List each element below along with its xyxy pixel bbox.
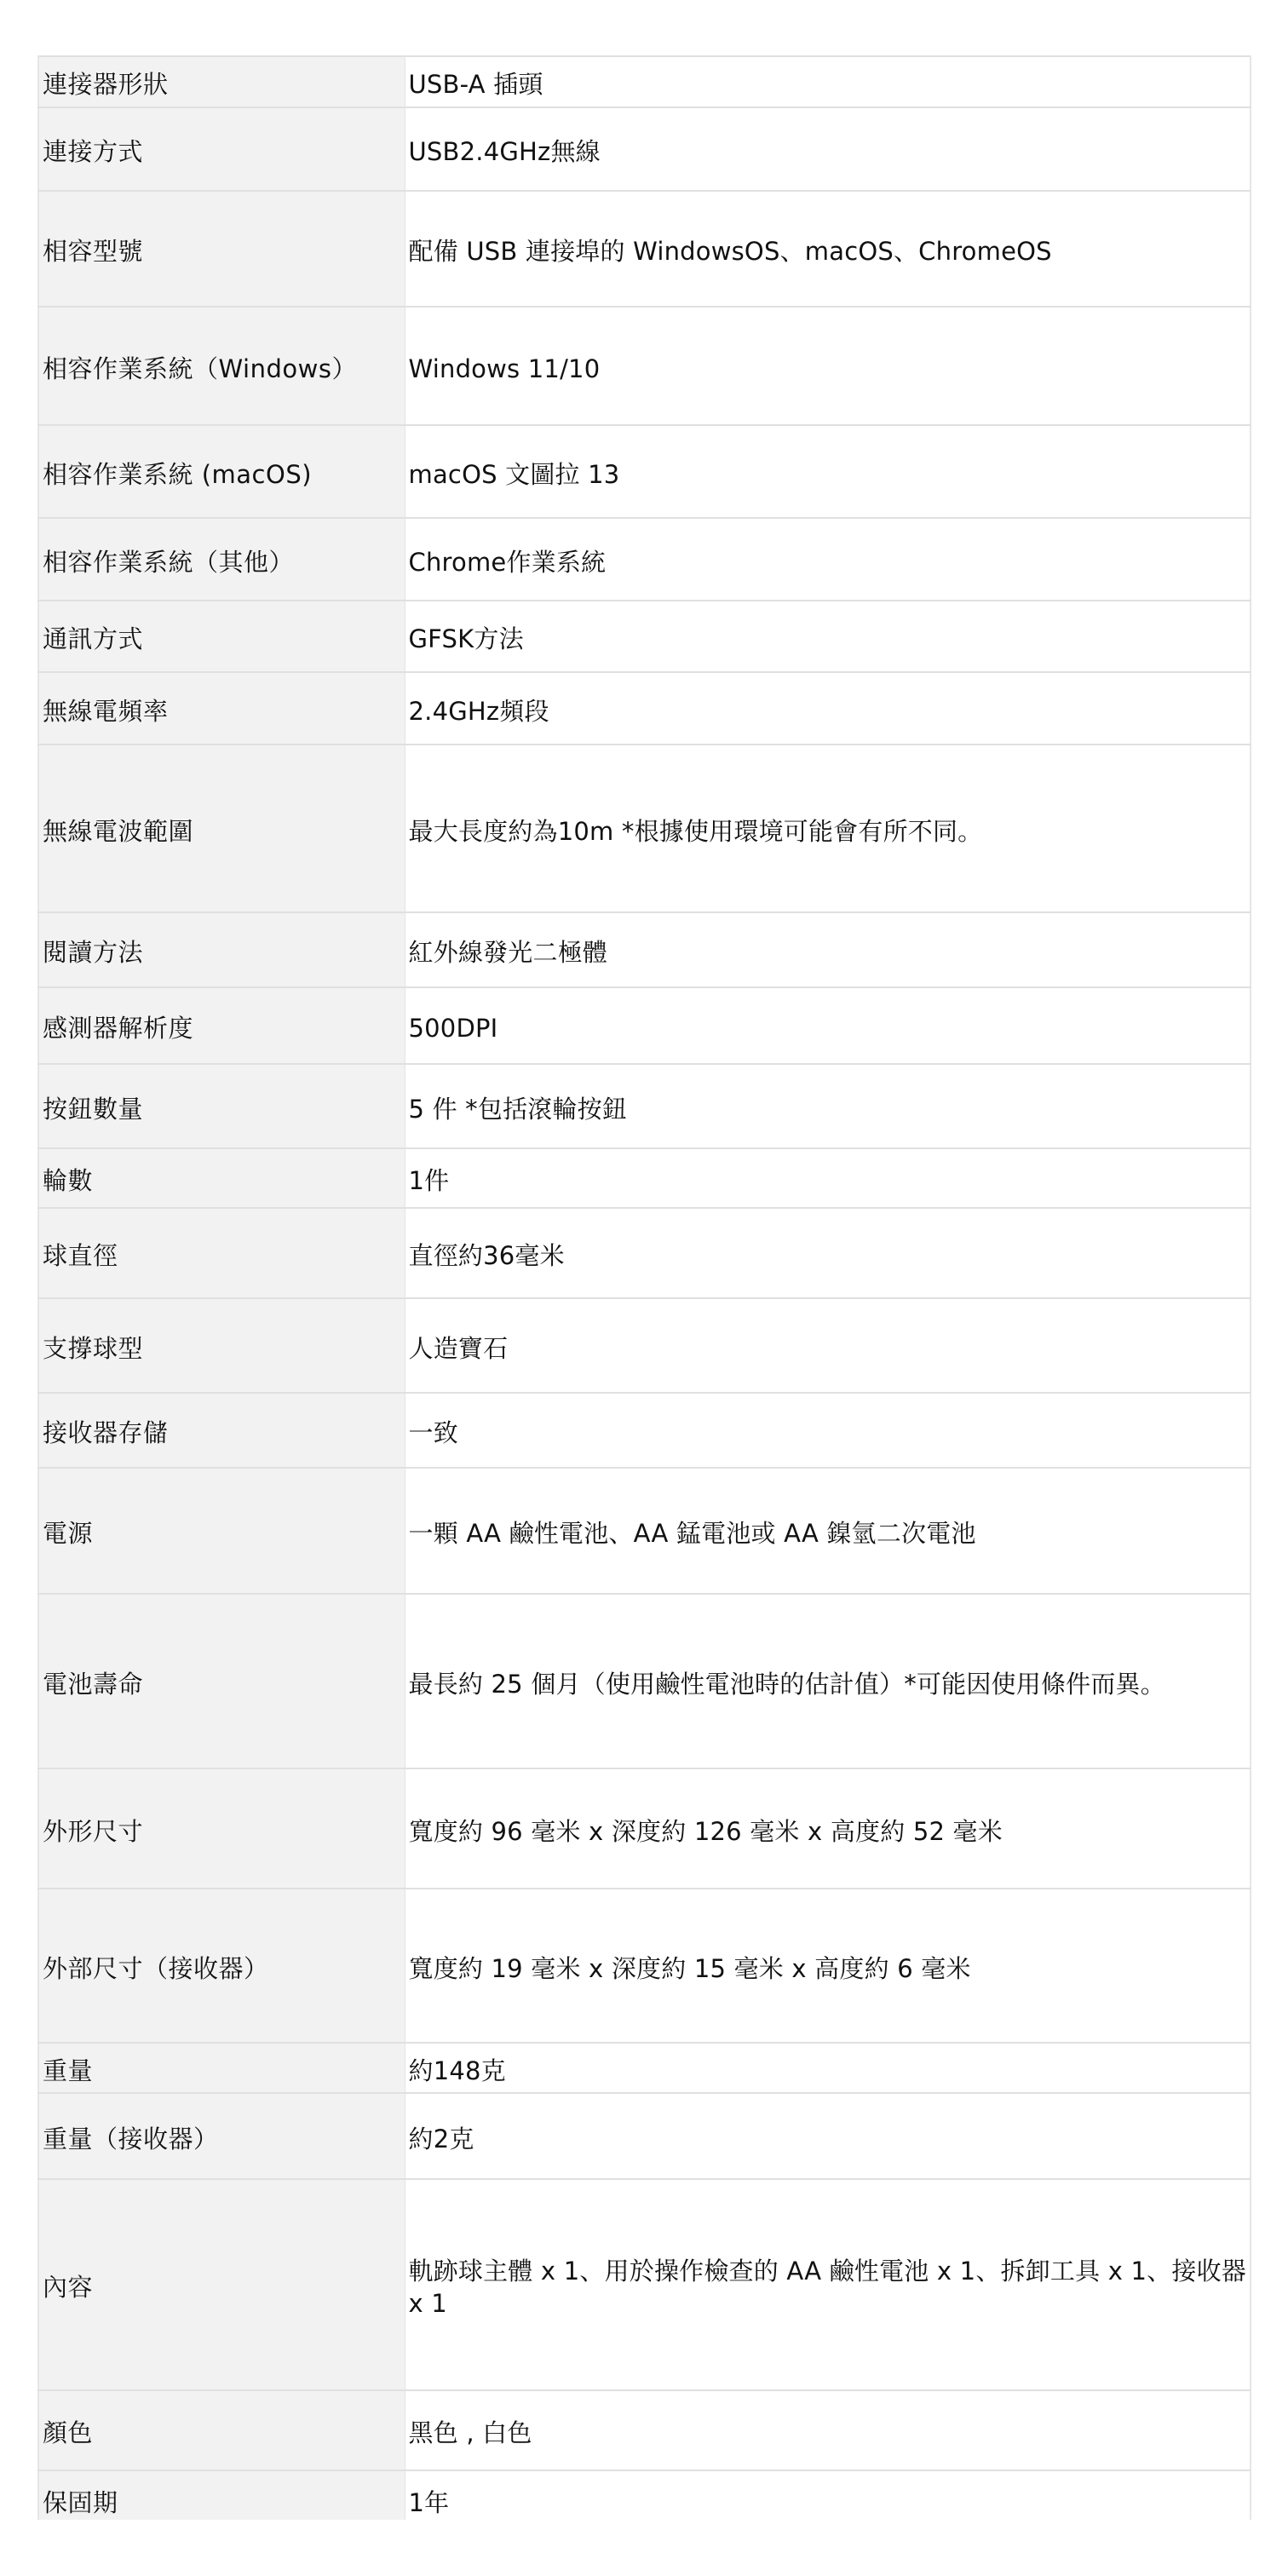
spec-value: USB2.4GHz無線: [405, 107, 1251, 191]
spec-row-23: 內容 軌跡球主體 x 1、用於操作檢查的 AA 鹼性電池 x 1、拆卸工具 x …: [38, 2179, 1251, 2390]
spec-label: 重量（接收器）: [38, 2093, 405, 2179]
spec-label: 外部尺寸（接收器）: [38, 1889, 405, 2043]
spec-row-7: 通訊方式 GFSK方法: [38, 601, 1251, 672]
spec-row-5: 相容作業系統 (macOS) macOS 文圖拉 13: [38, 425, 1251, 518]
spec-value: 最長約 25 個月（使用鹼性電池時的估計值）*可能因使用條件而異。: [405, 1594, 1251, 1768]
spec-label: 電池壽命: [38, 1594, 405, 1768]
spec-value: 1件: [405, 1148, 1251, 1208]
spec-row-10: 閱讀方法 紅外線發光二極體: [38, 912, 1251, 987]
spec-label: 保固期: [38, 2470, 405, 2520]
spec-label: 連接方式: [38, 107, 405, 191]
spec-label: 閱讀方法: [38, 912, 405, 987]
spec-value: 紅外線發光二極體: [405, 912, 1251, 987]
spec-table-container: 連接器形狀 USB-A 插頭 連接方式 USB2.4GHz無線 相容型號 配備 …: [37, 55, 1251, 2520]
spec-label: 通訊方式: [38, 601, 405, 672]
spec-label: 感測器解析度: [38, 987, 405, 1064]
spec-label: 相容型號: [38, 191, 405, 307]
spec-value: 軌跡球主體 x 1、用於操作檢查的 AA 鹼性電池 x 1、拆卸工具 x 1、接…: [405, 2179, 1251, 2390]
spec-value: 最大長度約為10m *根據使用環境可能會有所不同。: [405, 745, 1251, 912]
spec-label: 相容作業系統 (macOS): [38, 425, 405, 518]
spec-value: 黑色 , 白色: [405, 2390, 1251, 2470]
spec-row-14: 球直徑 直徑約36毫米: [38, 1208, 1251, 1298]
spec-row-25: 保固期 1年: [38, 2470, 1251, 2520]
spec-label: 輪數: [38, 1148, 405, 1208]
spec-table: 連接器形狀 USB-A 插頭 連接方式 USB2.4GHz無線 相容型號 配備 …: [37, 55, 1251, 2520]
spec-value: GFSK方法: [405, 601, 1251, 672]
spec-label: 內容: [38, 2179, 405, 2390]
spec-label: 相容作業系統（其他）: [38, 518, 405, 601]
spec-value: 約2克: [405, 2093, 1251, 2179]
spec-row-19: 外形尺寸 寬度約 96 毫米 x 深度約 126 毫米 x 高度約 52 毫米: [38, 1768, 1251, 1889]
spec-table-body: 連接器形狀 USB-A 插頭 連接方式 USB2.4GHz無線 相容型號 配備 …: [38, 56, 1251, 2520]
spec-value: 約148克: [405, 2043, 1251, 2093]
spec-value: Chrome作業系統: [405, 518, 1251, 601]
spec-value: 直徑約36毫米: [405, 1208, 1251, 1298]
spec-value: macOS 文圖拉 13: [405, 425, 1251, 518]
spec-row-15: 支撐球型 人造寶石: [38, 1298, 1251, 1393]
spec-label: 球直徑: [38, 1208, 405, 1298]
spec-value: 配備 USB 連接埠的 WindowsOS、macOS、ChromeOS: [405, 191, 1251, 307]
spec-label: 相容作業系統（Windows）: [38, 307, 405, 425]
spec-value: 2.4GHz頻段: [405, 672, 1251, 745]
spec-label: 連接器形狀: [38, 56, 405, 107]
spec-row-2: 連接方式 USB2.4GHz無線: [38, 107, 1251, 191]
spec-value: 人造寶石: [405, 1298, 1251, 1393]
spec-value: 一致: [405, 1393, 1251, 1468]
spec-row-4: 相容作業系統（Windows） Windows 11/10: [38, 307, 1251, 425]
spec-label: 重量: [38, 2043, 405, 2093]
spec-row-9: 無線電波範圍 最大長度約為10m *根據使用環境可能會有所不同。: [38, 745, 1251, 912]
spec-row-12: 按鈕數量 5 件 *包括滾輪按鈕: [38, 1064, 1251, 1148]
spec-row-20: 外部尺寸（接收器） 寬度約 19 毫米 x 深度約 15 毫米 x 高度約 6 …: [38, 1889, 1251, 2043]
spec-row-13: 輪數 1件: [38, 1148, 1251, 1208]
spec-row-8: 無線電頻率 2.4GHz頻段: [38, 672, 1251, 745]
spec-label: 無線電波範圍: [38, 745, 405, 912]
spec-value: 500DPI: [405, 987, 1251, 1064]
spec-row-17: 電源 一顆 AA 鹼性電池、AA 錳電池或 AA 鎳氫二次電池: [38, 1468, 1251, 1594]
spec-label: 無線電頻率: [38, 672, 405, 745]
spec-row-6: 相容作業系統（其他） Chrome作業系統: [38, 518, 1251, 601]
spec-value: 5 件 *包括滾輪按鈕: [405, 1064, 1251, 1148]
spec-row-24: 顏色 黑色 , 白色: [38, 2390, 1251, 2470]
spec-row-1: 連接器形狀 USB-A 插頭: [38, 56, 1251, 107]
spec-row-16: 接收器存儲 一致: [38, 1393, 1251, 1468]
spec-value: 一顆 AA 鹼性電池、AA 錳電池或 AA 鎳氫二次電池: [405, 1468, 1251, 1594]
spec-label: 電源: [38, 1468, 405, 1594]
spec-row-21: 重量 約148克: [38, 2043, 1251, 2093]
spec-row-3: 相容型號 配備 USB 連接埠的 WindowsOS、macOS、ChromeO…: [38, 191, 1251, 307]
spec-label: 顏色: [38, 2390, 405, 2470]
spec-value: 寬度約 96 毫米 x 深度約 126 毫米 x 高度約 52 毫米: [405, 1768, 1251, 1889]
spec-row-11: 感測器解析度 500DPI: [38, 987, 1251, 1064]
spec-value: Windows 11/10: [405, 307, 1251, 425]
spec-label: 接收器存儲: [38, 1393, 405, 1468]
spec-row-18: 電池壽命 最長約 25 個月（使用鹼性電池時的估計值）*可能因使用條件而異。: [38, 1594, 1251, 1768]
spec-label: 按鈕數量: [38, 1064, 405, 1148]
spec-value: USB-A 插頭: [405, 56, 1251, 107]
spec-label: 外形尺寸: [38, 1768, 405, 1889]
spec-label: 支撐球型: [38, 1298, 405, 1393]
spec-value: 1年: [405, 2470, 1251, 2520]
spec-row-22: 重量（接收器） 約2克: [38, 2093, 1251, 2179]
spec-value: 寬度約 19 毫米 x 深度約 15 毫米 x 高度約 6 毫米: [405, 1889, 1251, 2043]
